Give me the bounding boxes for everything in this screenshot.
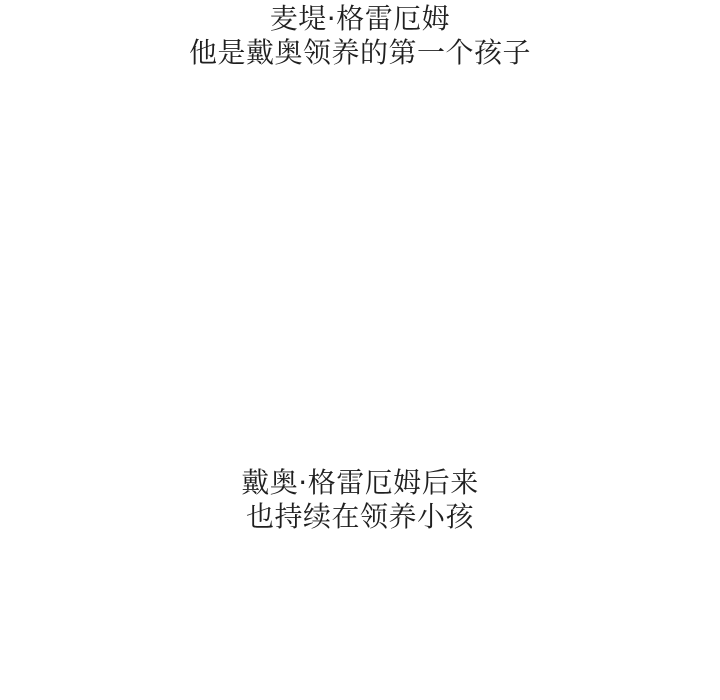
- caption-top-line-2: 他是戴奥领养的第一个孩子: [0, 36, 720, 70]
- caption-block-bottom: 戴奥·格雷厄姆后来 也持续在领养小孩: [0, 466, 720, 534]
- caption-block-top: 麦堤·格雷厄姆 他是戴奥领养的第一个孩子: [0, 2, 720, 70]
- caption-bottom-line-1: 戴奥·格雷厄姆后来: [0, 466, 720, 500]
- caption-bottom-line-2: 也持续在领养小孩: [0, 500, 720, 534]
- caption-top-line-1: 麦堤·格雷厄姆: [0, 2, 720, 36]
- comic-page: 麦堤·格雷厄姆 他是戴奥领养的第一个孩子 戴奥·格雷厄姆后来 也持续在领养小孩: [0, 0, 720, 700]
